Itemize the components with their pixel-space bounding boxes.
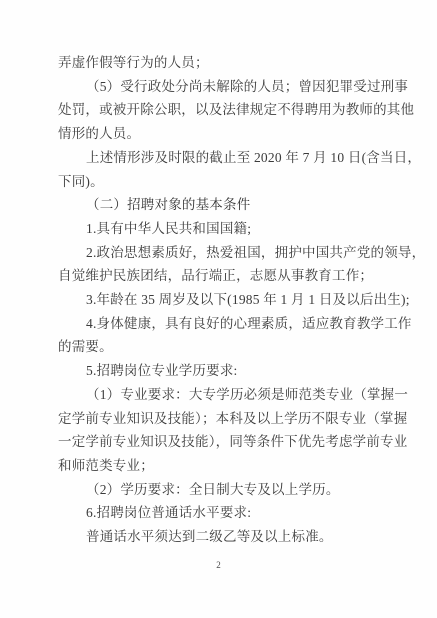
text-line: 上述情形涉及时限的截止至 2020 年 7 月 10 日(含当日， [58, 146, 381, 170]
text-line: （1）专业要求：大专学历必须是师范类专业（掌握一 [58, 383, 381, 407]
text-line: （2）学历要求：全日制大专及以上学历。 [58, 478, 381, 502]
text-line: 处罚，或被开除公职，以及法律规定不得聘用为教师的其他 [58, 98, 381, 122]
text-line: 1.具有中华人民共和国国籍; [58, 217, 381, 241]
text-line: 5.招聘岗位专业学历要求: [58, 359, 381, 383]
text-line: 和师范类专业； [58, 454, 381, 478]
text-line: 4.身体健康，具有良好的心理素质，适应教育教学工作 [58, 312, 381, 336]
text-line: 情形的人员。 [58, 122, 381, 146]
text-line: （5）受行政处分尚未解除的人员；曾因犯罪受过刑事 [58, 75, 381, 99]
text-line: 3.年龄在 35 周岁及以下(1985 年 1 月 1 日及以后出生); [58, 288, 381, 312]
text-line: 弄虚作假等行为的人员； [58, 51, 381, 75]
page-number: 2 [0, 559, 437, 571]
text-line: 2.政治思想素质好，热爱祖国，拥护中国共产党的领导， [58, 241, 381, 265]
document-page: 弄虚作假等行为的人员；（5）受行政处分尚未解除的人员；曾因犯罪受过刑事处罚，或被… [0, 0, 437, 618]
text-line: 普通话水平须达到二级乙等及以上标准。 [58, 525, 381, 549]
document-body: 弄虚作假等行为的人员；（5）受行政处分尚未解除的人员；曾因犯罪受过刑事处罚，或被… [58, 51, 381, 549]
text-line: 6.招聘岗位普通话水平要求: [58, 501, 381, 525]
text-line: 定学前专业知识及技能）；本科及以上学历不限专业（掌握 [58, 407, 381, 431]
text-line: 一定学前专业知识及技能），同等条件下优先考虑学前专业 [58, 430, 381, 454]
text-line: 的需要。 [58, 335, 381, 359]
text-line: 自觉维护民族团结，品行端正，志愿从事教育工作； [58, 264, 381, 288]
text-line: 下同)。 [58, 170, 381, 194]
text-line: （二）招聘对象的基本条件 [58, 193, 381, 217]
